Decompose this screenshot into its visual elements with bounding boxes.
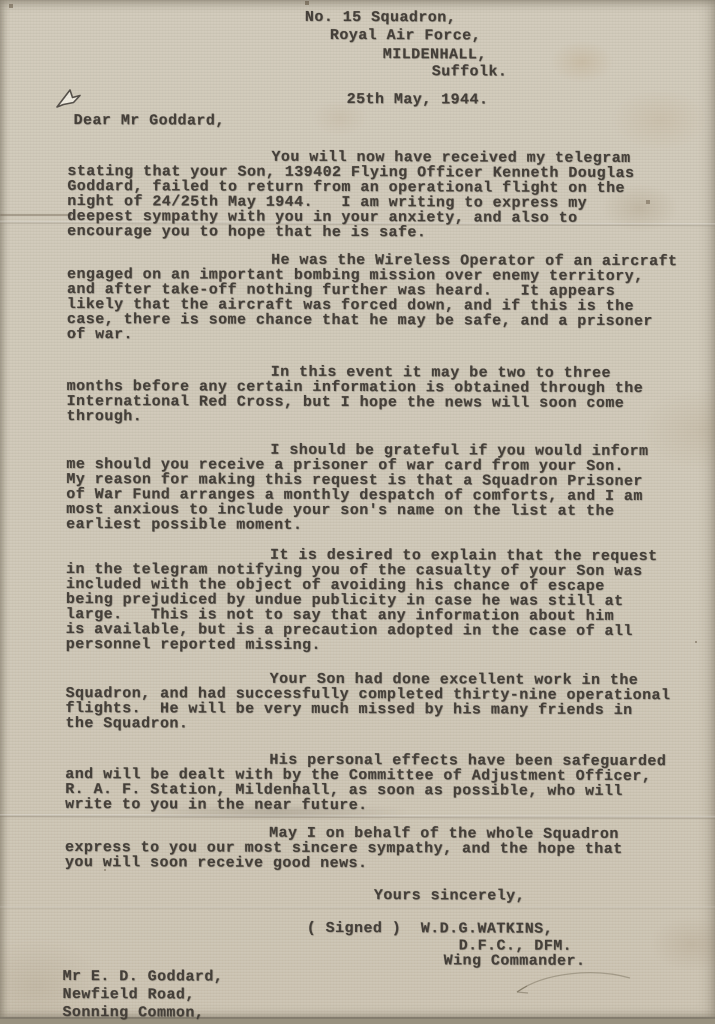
sender-county: Suffolk. bbox=[432, 63, 508, 80]
signature-name: W.D.G.WATKINS, bbox=[421, 920, 553, 937]
sender-station: MILDENHALL, bbox=[383, 46, 487, 63]
letter-line: International Red Cross, but I hope the … bbox=[67, 394, 644, 411]
letter-line: case, there is some chance that he may b… bbox=[67, 312, 677, 329]
signature-rank: Wing Commander. bbox=[444, 952, 586, 969]
signed-label: ( Signed ) bbox=[307, 920, 402, 937]
salutation: Dear Mr Goddard, bbox=[74, 112, 225, 130]
scanned-letter-page: No. 15 Squadron, Royal Air Force, MILDEN… bbox=[0, 0, 715, 1024]
paragraph: He was the Wireless Operator of an aircr… bbox=[67, 252, 678, 344]
recipient-address: Mr E. D. Goddard, Newfield Road, Sonning… bbox=[62, 968, 223, 1023]
recipient-town: Sonning Common, bbox=[62, 1004, 223, 1023]
paragraph: May I on behalf of the whole Squadronexp… bbox=[65, 825, 623, 872]
mouse-cursor-icon bbox=[55, 86, 83, 112]
closing: Yours sincerely, bbox=[374, 887, 525, 905]
paragraph: Your Son had done excellent work in theS… bbox=[65, 671, 670, 733]
recipient-name: Mr E. D. Goddard, bbox=[63, 968, 224, 987]
sender-service: Royal Air Force, bbox=[330, 27, 481, 45]
paragraph: It is desired to explain that the reques… bbox=[66, 547, 658, 654]
letter-text-layer: No. 15 Squadron, Royal Air Force, MILDEN… bbox=[0, 0, 715, 1019]
paragraph: I should be grateful if you would inform… bbox=[66, 442, 648, 534]
sender-squadron: No. 15 Squadron, bbox=[305, 9, 456, 27]
paragraph: You will now have received my telegramst… bbox=[67, 149, 634, 241]
recipient-street: Newfield Road, bbox=[62, 986, 223, 1005]
paragraph: In this event it may be two to threemont… bbox=[67, 364, 644, 426]
paragraph: His personal effects have been safeguard… bbox=[65, 752, 666, 814]
letter-date: 25th May, 1944. bbox=[347, 91, 489, 108]
